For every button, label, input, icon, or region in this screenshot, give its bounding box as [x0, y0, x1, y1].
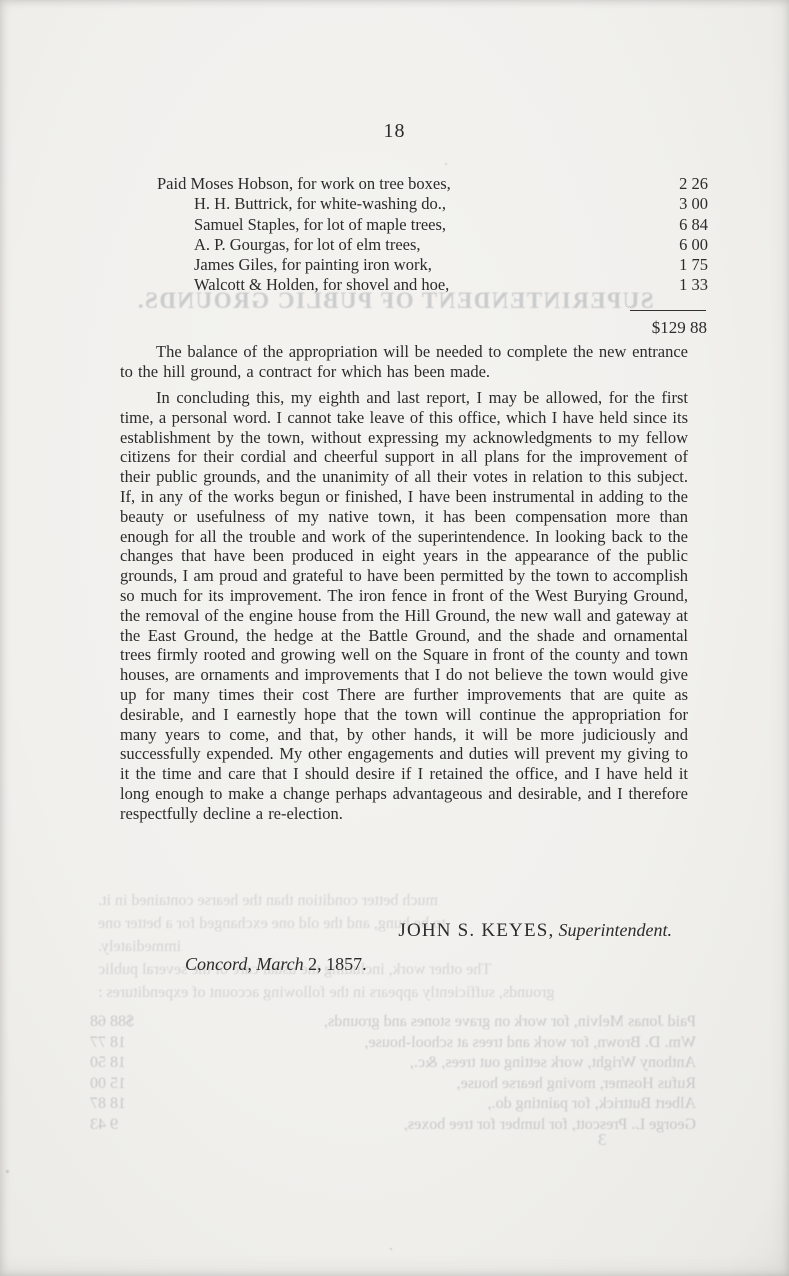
scanned-page: SUPERINTENDENT OF PUBLIC GROUNDS. 18 Pai… [0, 0, 789, 1276]
bleed-line: much better condition than the hearse co… [98, 889, 704, 912]
paper-speck [390, 1248, 392, 1250]
bleed-expense-row: Rufus Hosmer, moving hearse house, 15 00 [90, 1074, 706, 1095]
expense-amount: 6 84 [679, 215, 708, 235]
expense-amount: 1 75 [679, 255, 708, 275]
expense-payee: James Giles, for painting iron work, [120, 255, 432, 275]
dateline-place-month: Concord, March [185, 954, 304, 974]
expense-row: Samuel Staples, for lot of maple trees, … [120, 215, 708, 235]
dateline-day-year: 2, 1857. [308, 954, 367, 974]
bleed-expense-row: George L. Prescott, for lumber for tree … [90, 1115, 706, 1136]
expense-payee: Samuel Staples, for lot of maple trees, [120, 215, 446, 235]
bleed-expense-row: Albert Buttrick, for painting do., 18 87 [90, 1094, 706, 1115]
expense-payee: Walcott & Holden, for shovel and hoe, [120, 275, 449, 295]
paragraph-conclusion: In concluding this, my eighth and last r… [120, 388, 688, 824]
expense-amount: 6 00 [679, 235, 708, 255]
expense-row: James Giles, for painting iron work, 1 7… [120, 255, 708, 275]
bleed-expense-payee: Wm. D. Brown, for work and trees at scho… [365, 1033, 706, 1054]
expense-row: Paid Moses Hobson, for work on tree boxe… [120, 174, 708, 194]
bleed-line: grounds, sufficiently appears in the fol… [98, 981, 704, 1004]
bleed-expense-amount: 18 87 [90, 1094, 126, 1115]
expense-amount: 1 33 [679, 275, 708, 295]
bleed-through-footmark: 3 [598, 1130, 607, 1150]
page-number: 18 [0, 120, 789, 143]
bleed-expense-payee: Paid Jonas Melvin, for work on grave sto… [324, 1012, 706, 1033]
dateline: Concord, March 2, 1857. [185, 954, 367, 975]
expense-amount: 3 00 [679, 194, 708, 214]
bleed-expense-amount: $88 68 [90, 1012, 134, 1033]
bleed-expense-row: Anthony Wright, work setting out trees, … [90, 1053, 706, 1074]
signature-line: JOHN S. KEYES, Superintendent. [120, 920, 688, 942]
total-amount: $129 88 [120, 318, 708, 338]
bleed-expense-payee: George L. Prescott, for lumber for tree … [404, 1115, 706, 1136]
expense-payee: A. P. Gourgas, for lot of elm trees, [120, 235, 421, 255]
expense-row: A. P. Gourgas, for lot of elm trees, 6 0… [120, 235, 708, 255]
bleed-expense-payee: Anthony Wright, work setting out trees, … [410, 1053, 706, 1074]
expense-row: Walcott & Holden, for shovel and hoe, 1 … [120, 275, 708, 295]
paper-speck [6, 1170, 9, 1173]
total-rule [630, 310, 706, 311]
expense-total-block: $129 88 [120, 296, 708, 338]
expense-list: Paid Moses Hobson, for work on tree boxe… [120, 174, 708, 296]
bleed-expense-payee: Albert Buttrick, for painting do., [488, 1094, 706, 1115]
paper-speck [445, 163, 447, 165]
expense-row: H. H. Buttrick, for white-washing do., 3… [120, 194, 708, 214]
expense-payee: H. H. Buttrick, for white-washing do., [120, 194, 446, 214]
bleed-expense-amount: 18 77 [90, 1033, 126, 1054]
expense-payee: Paid Moses Hobson, for work on tree boxe… [120, 174, 451, 194]
bleed-expense-amount: 15 00 [90, 1074, 126, 1095]
signature-title: Superintendent. [559, 920, 672, 940]
signature-name: JOHN S. KEYES, [398, 920, 554, 941]
bleed-expense-amount: 18 50 [90, 1053, 126, 1074]
bleed-through-expense-list: Paid Jonas Melvin, for work on grave sto… [90, 1012, 706, 1136]
expense-amount: 2 26 [679, 174, 708, 194]
bleed-expense-amount: 9 43 [90, 1115, 118, 1136]
bleed-expense-row: Paid Jonas Melvin, for work on grave sto… [90, 1012, 706, 1033]
paragraph-balance: The balance of the appropriation will be… [120, 342, 688, 382]
bleed-expense-row: Wm. D. Brown, for work and trees at scho… [90, 1033, 706, 1054]
bleed-expense-payee: Rufus Hosmer, moving hearse house, [457, 1074, 706, 1095]
bleed-through-paragraph: much better condition than the hearse co… [98, 889, 704, 1004]
